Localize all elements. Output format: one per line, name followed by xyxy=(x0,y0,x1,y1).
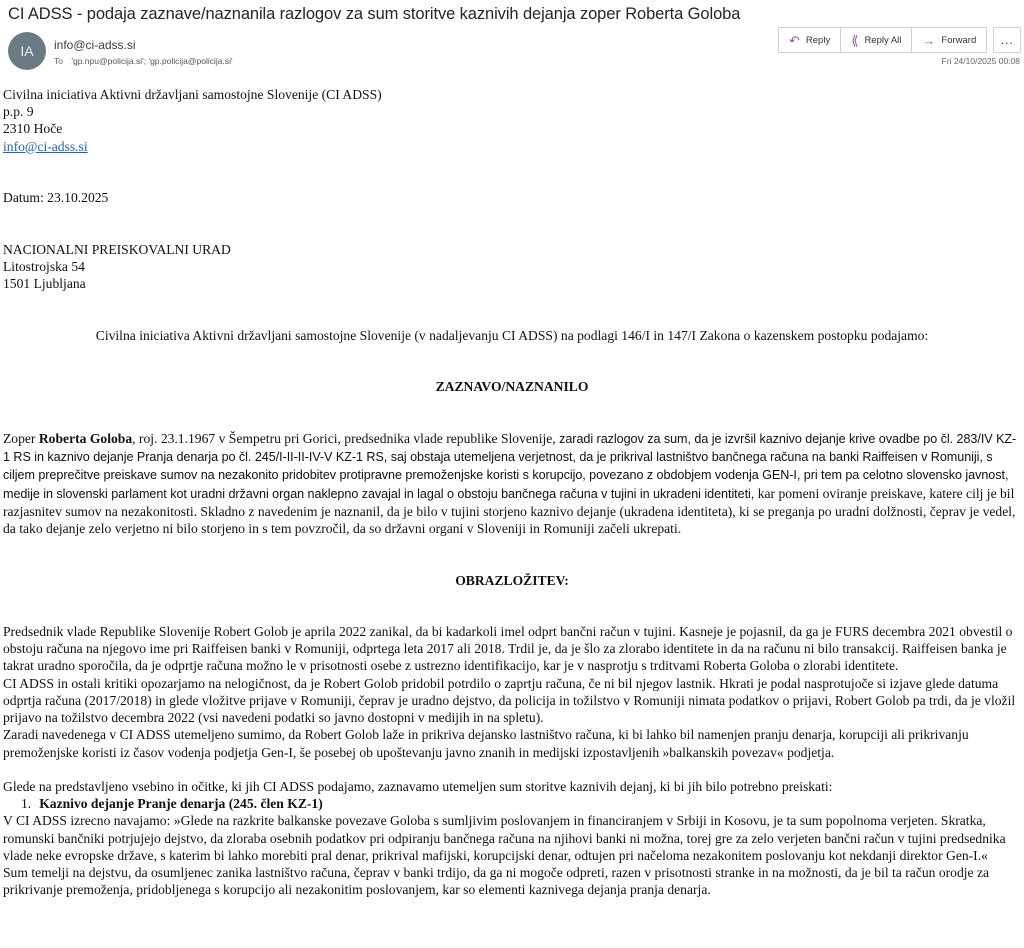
recipients-list[interactable]: 'gp.npu@policija.si'; 'gp.policija@polic… xyxy=(71,56,232,66)
more-actions-button[interactable]: ... xyxy=(993,27,1021,53)
sender-address[interactable]: info@ci-adss.si xyxy=(54,38,136,52)
charge-paragraph: Zoper Roberta Goloba, roj. 23.1.1967 v Š… xyxy=(3,430,1021,537)
email-body: Civilna iniciativa Aktivni državljani sa… xyxy=(3,86,1021,898)
list-number: 1. xyxy=(21,796,31,811)
received-timestamp: Fri 24/10/2025 00:08 xyxy=(942,56,1020,66)
conclusion-paragraph: Sum temelji na dejstvu, da osumljenec za… xyxy=(3,864,1021,898)
explanation-paragraph: Zaradi navedenega v CI ADSS utemeljeno s… xyxy=(3,726,1021,760)
sender-email-link[interactable]: info@ci-adss.si xyxy=(3,139,88,154)
reply-all-arrow-icon: ⟪ xyxy=(851,34,858,47)
heading-obrazlozitev: OBRAZLOŽITEV: xyxy=(3,572,1021,589)
reply-all-button[interactable]: ⟪ Reply All xyxy=(841,28,912,52)
more-dots-icon: ... xyxy=(1001,33,1014,47)
recipient-street: Litostrojska 54 xyxy=(3,258,1021,275)
email-subject: CI ADSS - podaja zaznave/naznanila razlo… xyxy=(8,5,740,24)
recipient-city: 1501 Ljubljana xyxy=(3,275,1021,292)
recipients-line: To 'gp.npu@policija.si'; 'gp.policija@po… xyxy=(54,56,233,66)
explanation-paragraph: Predsednik vlade Republike Slovenije Rob… xyxy=(3,623,1021,675)
suspicion-intro: Glede na predstavljeno vsebino in očitke… xyxy=(3,778,1021,795)
forward-button[interactable]: → Forward xyxy=(912,28,986,52)
forward-label: Forward xyxy=(941,35,976,46)
reply-button[interactable]: ↶ Reply xyxy=(779,28,841,52)
reply-arrow-icon: ↶ xyxy=(789,34,800,47)
sender-org-name: Civilna iniciativa Aktivni državljani sa… xyxy=(3,86,1021,103)
letter-date: Datum: 23.10.2025 xyxy=(3,189,1021,206)
accused-name: Roberta Goloba xyxy=(39,431,132,446)
list-item: 1.Kaznivo dejanje Pranje denarja (245. č… xyxy=(3,795,1021,812)
list-label: Kaznivo dejanje Pranje denarja (245. čle… xyxy=(39,796,323,811)
forward-arrow-icon: → xyxy=(922,34,935,47)
reply-button-group: ↶ Reply ⟪ Reply All → Forward xyxy=(778,27,987,53)
reply-all-label: Reply All xyxy=(864,35,901,46)
charge-prefix: Zoper xyxy=(3,431,39,446)
sender-city: 2310 Hoče xyxy=(3,120,1021,137)
sender-po-box: p.p. 9 xyxy=(3,103,1021,120)
to-label: To xyxy=(54,56,63,66)
heading-zaznavo: ZAZNAVO/NAZNANILO xyxy=(3,378,1021,395)
reply-label: Reply xyxy=(806,35,830,46)
charge-part-1: , roj. 23.1.1967 v Šempetru pri Gorici, … xyxy=(132,431,559,446)
recipient-name: NACIONALNI PREISKOVALNI URAD xyxy=(3,241,1021,258)
explanation-paragraph: CI ADSS in ostali kritiki opozarjamo na … xyxy=(3,675,1021,727)
quote-paragraph: V CI ADSS izrecno navajamo: »Glede na ra… xyxy=(3,812,1021,864)
intro-paragraph: Civilna iniciativa Aktivni državljani sa… xyxy=(3,327,1021,344)
message-actions: ↶ Reply ⟪ Reply All → Forward ... xyxy=(778,27,1021,53)
sender-avatar[interactable]: IA xyxy=(8,32,46,70)
